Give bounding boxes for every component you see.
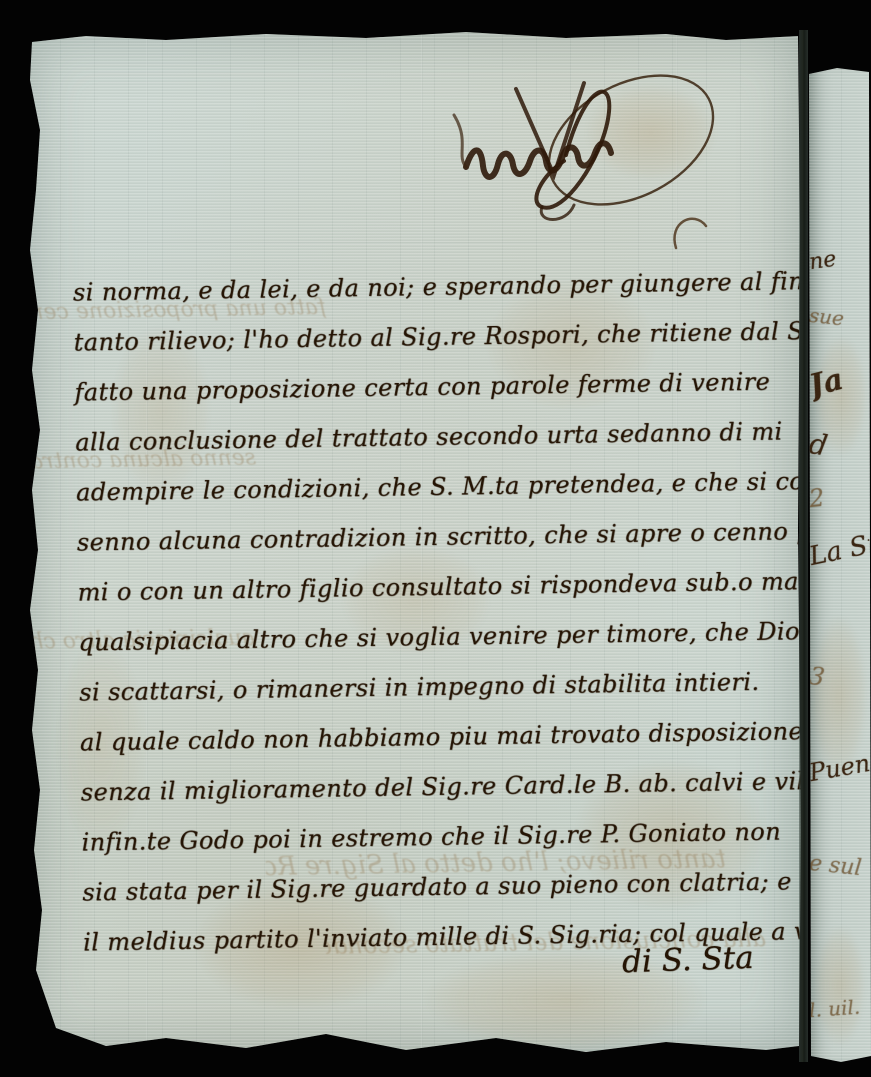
ink-curl-mark xyxy=(666,208,716,258)
stain xyxy=(815,926,865,1046)
page-gutter xyxy=(799,30,808,1062)
page-fragment: La Sig xyxy=(807,530,871,572)
page-fragment: Puen xyxy=(807,749,871,787)
letter-body: si norma, e da lei, e da noi; e sperando… xyxy=(73,256,792,967)
page-fragment: 3 xyxy=(807,662,871,698)
page-fragment: e sul xyxy=(808,851,871,882)
manuscript-scan: fatto una proposizione certa con parole … xyxy=(0,0,871,1077)
manuscript-page-left: fatto una proposizione certa con parole … xyxy=(26,30,802,1052)
closing-line: di S. Sta xyxy=(621,940,754,981)
manuscript-page-right: ne sue Ja d 2 La Sig 3 Puen e sul l. uil… xyxy=(807,66,871,1064)
ink-show-through-inscription xyxy=(446,55,716,225)
page-fragment: sue xyxy=(808,303,871,333)
page-fragment: ne xyxy=(808,242,871,275)
page-fragment: Ja xyxy=(806,355,871,404)
page-fragment: 2 xyxy=(808,479,871,513)
page-fragment: l. uil. xyxy=(808,994,871,1022)
page-fragment: d xyxy=(807,427,871,470)
